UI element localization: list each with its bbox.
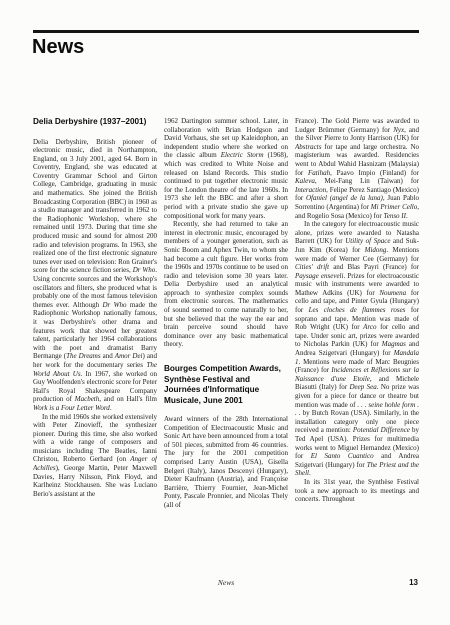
article-paragraph: In the category for electroacoustic musi… — [295, 220, 419, 478]
masthead-rule — [33, 30, 419, 33]
column-3: France). The Gold Pierre was awarded to … — [295, 117, 419, 571]
page-footer: News 13 — [33, 578, 419, 590]
article-paragraph: Recently, she had returned to take an in… — [164, 220, 288, 349]
article-paragraph: Delia Derbyshire, British pioneer of ele… — [33, 138, 157, 413]
article-paragraph-continued: 1962 Dartington summer school. Later, in… — [164, 117, 288, 220]
text-columns: Delia Derbyshire (1937–2001) Delia Derby… — [33, 117, 419, 571]
article-paragraph: In its 31st year, the Synthèse Festival … — [295, 478, 419, 504]
article-heading-bourges-competition: Bourges Competition Awards, Synthèse Fes… — [164, 364, 288, 406]
page-title: News — [32, 36, 84, 59]
journal-news-page: News Delia Derbyshire (1937–2001) Delia … — [0, 0, 450, 625]
column-1: Delia Derbyshire (1937–2001) Delia Derby… — [33, 117, 157, 571]
article-paragraph: Award winners of the 28th International … — [164, 415, 288, 510]
running-title: News — [33, 578, 419, 587]
article-paragraph-continued: France). The Gold Pierre was awarded to … — [295, 117, 419, 220]
column-2: 1962 Dartington summer school. Later, in… — [164, 117, 288, 571]
article-heading-delia-derbyshire: Delia Derbyshire (1937–2001) — [33, 117, 157, 128]
article-paragraph: In the mid 1960s she worked extensively … — [33, 413, 157, 499]
page-number: 13 — [409, 578, 418, 587]
